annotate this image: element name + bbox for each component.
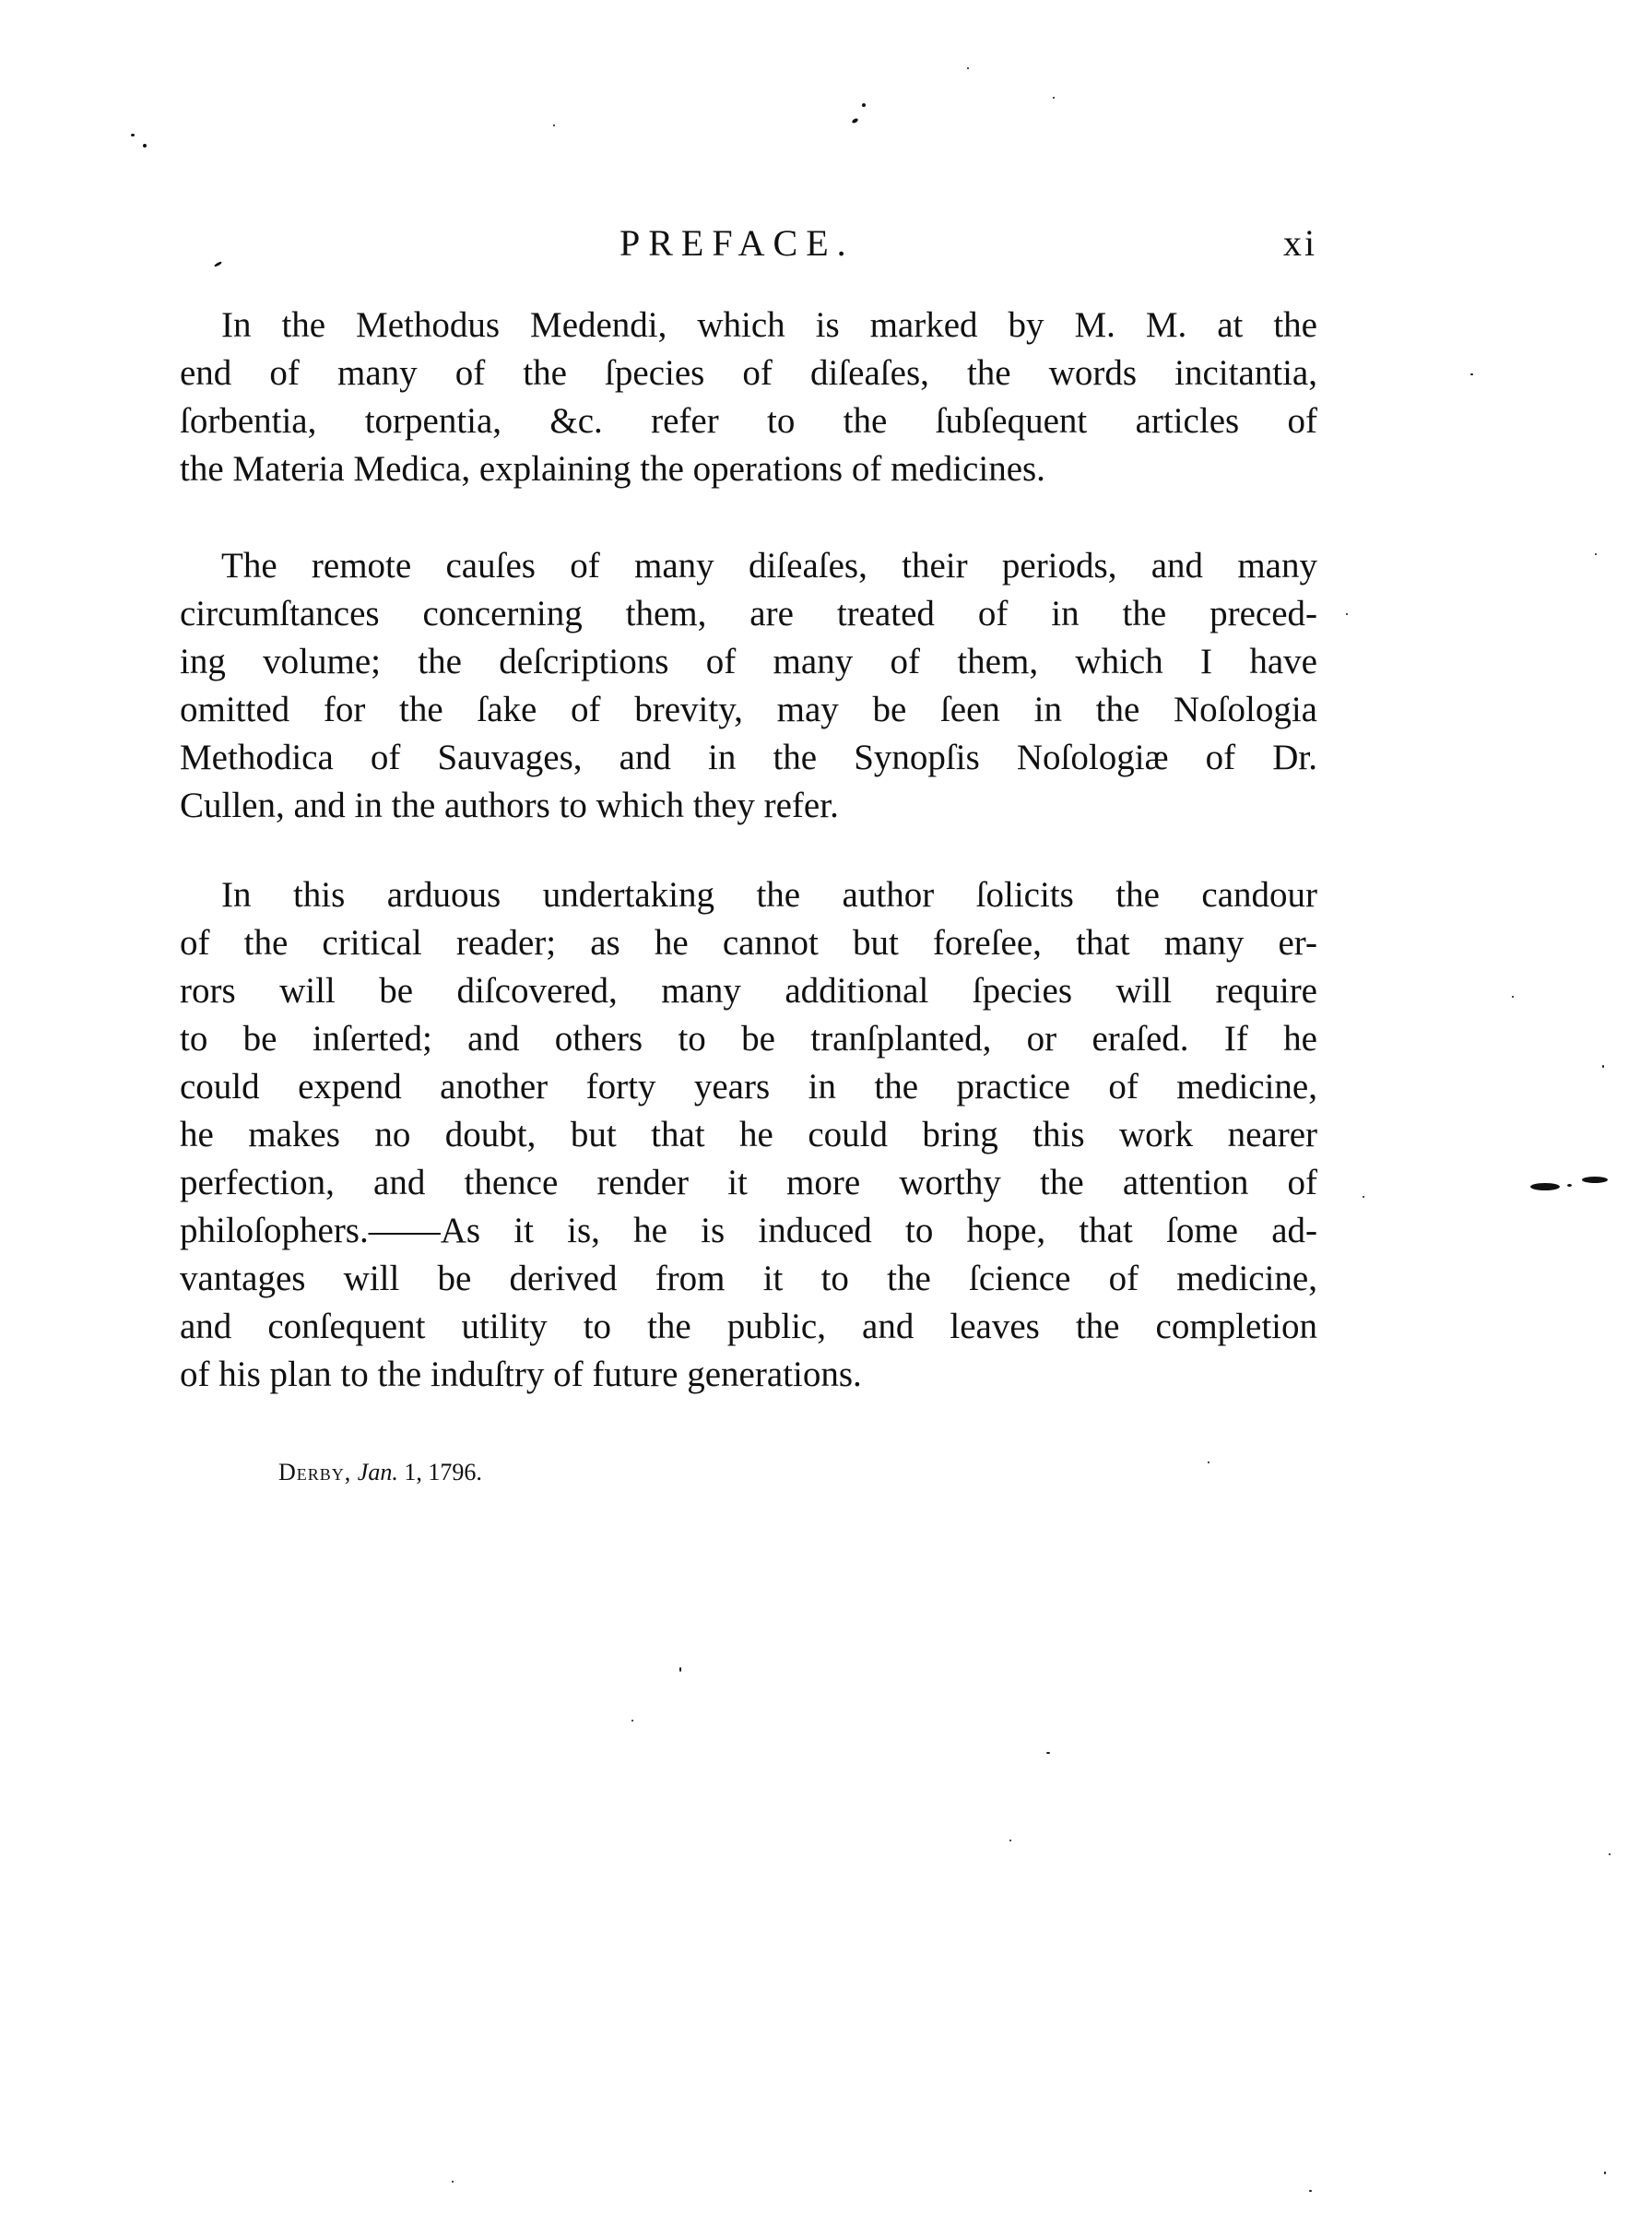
scan-speck [553,124,555,126]
scan-speck [1595,553,1597,555]
page-number: xi [1283,221,1317,266]
scan-speck [1309,2190,1312,2192]
scan-speck [1582,1177,1608,1183]
scan-speck [131,134,135,136]
scan-speck [1346,613,1348,615]
scan-speck [143,144,147,148]
paragraph-arduous-undertaking: In this arduous undertaking the author ſ… [180,871,1317,1399]
scan-speck [1530,1183,1560,1190]
text-line: philoſophers.——As it is, he is induced t… [180,1207,1317,1255]
text-line: ing volume; the deſcriptions of many of … [180,638,1317,686]
scan-speck [1470,373,1473,375]
text-line: and conſequent utility to the public, an… [180,1303,1317,1351]
text-line: of the critical reader; as he cannot but… [180,919,1317,967]
book-page: PREFACE. xi In the Methodus Medendi, whi… [0,0,1652,2213]
text-line: The remote cauſes of many diſeaſes, thei… [180,542,1317,590]
text-line: ſorbentia, torpentia, &c. refer to the ſ… [180,397,1317,445]
text-line: could expend another forty years in the … [180,1063,1317,1111]
text-line: end of many of the ſpecies of diſeaſes, … [180,349,1317,397]
text-line: to be inſerted; and others to be tranſpl… [180,1015,1317,1063]
text-line: circumſtances concerning them, are treat… [180,590,1317,638]
scan-speck [1602,1065,1604,1068]
scan-speck [631,1720,633,1722]
dateline-month: Jan. [358,1459,398,1485]
paragraph-methodus-medendi: In the Methodus Medendi, which is marked… [180,302,1317,493]
scan-speck [1046,1752,1050,1754]
text-line: In this arduous undertaking the author ſ… [180,871,1317,919]
text-line: of his plan to the induſtry of future ge… [180,1351,1317,1399]
text-line: Methodica of Sauvages, and in the Synopſ… [180,734,1317,782]
scan-speck [851,118,858,124]
scan-speck [862,103,866,107]
page-title: PREFACE. [619,221,855,266]
scan-speck [1609,1853,1611,1855]
text-line: Cullen, and in the authors to which they… [180,782,1317,830]
scan-speck [967,67,969,69]
paragraph-remote-causes: The remote cauſes of many diſeaſes, thei… [180,542,1317,830]
scan-speck [679,1667,681,1672]
dateline-day-year: 1, 1796. [404,1459,482,1485]
text-line: In the Methodus Medendi, which is marked… [180,302,1317,349]
scan-speck [1512,996,1514,998]
text-line: omitted for the ſake of brevity, may be … [180,686,1317,734]
running-head: PREFACE. xi [0,221,1652,267]
scan-speck [452,2181,454,2183]
text-line: vantages will be derived from it to the … [180,1255,1317,1303]
scan-speck [1363,1196,1364,1198]
scan-speck [1009,1840,1011,1841]
scan-speck [1053,97,1055,99]
text-line: rors will be diſcovered, many additional… [180,967,1317,1015]
text-line: he makes no doubt, but that he could bri… [180,1111,1317,1159]
scan-speck [1567,1184,1572,1187]
text-line: perfection, and thence render it more wo… [180,1159,1317,1207]
scan-speck [1208,1462,1209,1463]
dateline-place: Derby, [278,1459,351,1485]
scan-speck [1604,2172,1606,2174]
dateline: Derby, Jan. 1, 1796. [278,1457,482,1488]
text-line: the Materia Medica, explaining the opera… [180,445,1317,493]
